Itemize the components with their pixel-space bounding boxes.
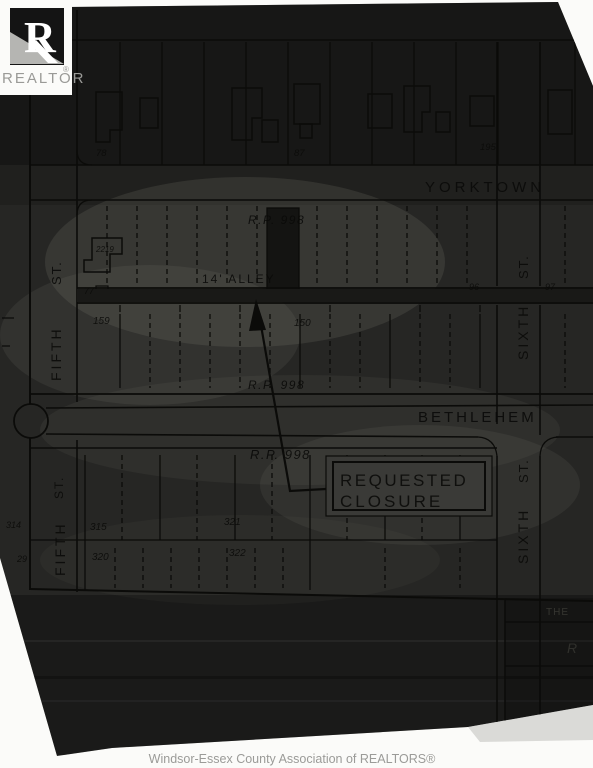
lot-number-29: 29: [16, 554, 27, 564]
lot-number-97: 97: [545, 282, 556, 292]
street-label-sixth-upper-name: SIXTH: [515, 304, 531, 360]
lot-number-87: 87: [294, 148, 305, 159]
street-label-yorktown: YORKTOWN: [425, 179, 545, 196]
realtor-logo-label: REALTOR: [2, 70, 85, 87]
lot-number-96: 96: [469, 282, 479, 292]
lot-number-150: 150: [294, 318, 311, 329]
lot-number-2219: 2219: [95, 245, 114, 254]
scanned-plat-page: YORKTOWN BETHLEHEM ST. FIFTH ST. FIFTH S…: [0, 0, 593, 768]
closure-label-line1: REQUESTED: [340, 471, 468, 490]
scan-map: YORKTOWN BETHLEHEM ST. FIFTH ST. FIFTH S…: [0, 0, 593, 768]
rp-998-label-top: R.P. 998: [248, 213, 305, 227]
street-label-fifth-lower-st: ST.: [52, 476, 66, 499]
title-block-partial-the: THE: [546, 607, 569, 618]
street-label-sixth-lower-name: SIXTH: [515, 508, 531, 564]
lot-number-320: 320: [92, 552, 109, 563]
footer-credit: Windsor-Essex County Association of REAL…: [149, 752, 436, 766]
closure-label-line2: CLOSURE: [340, 492, 443, 511]
street-label-sixth-upper-st: ST.: [516, 254, 531, 279]
lot-number-77: 77: [84, 286, 95, 296]
street-label-fifth-lower-name: FIFTH: [52, 521, 68, 576]
lot-number-321: 321: [224, 517, 241, 528]
lot-number-78: 78: [96, 148, 107, 159]
rp-998-label-middle: R.P. 998: [248, 378, 305, 392]
lot-number-314: 314: [6, 520, 21, 530]
street-label-bethlehem: BETHLEHEM: [418, 409, 537, 426]
street-label-fifth-upper-name: FIFTH: [48, 326, 64, 381]
rp-998-label-lower: R.P. 998: [250, 447, 311, 462]
registered-mark: ®: [63, 65, 69, 74]
lot-number-159: 159: [93, 316, 110, 327]
alley-label: 14' ALLEY: [202, 272, 276, 286]
lot-number-322: 322: [229, 548, 246, 559]
title-block-partial-r: R: [567, 640, 577, 656]
lot-number-195: 195: [480, 142, 497, 153]
street-label-fifth-upper-st: ST.: [49, 260, 64, 285]
lot-number-315: 315: [90, 522, 107, 533]
street-label-sixth-lower-st: ST.: [516, 458, 531, 483]
